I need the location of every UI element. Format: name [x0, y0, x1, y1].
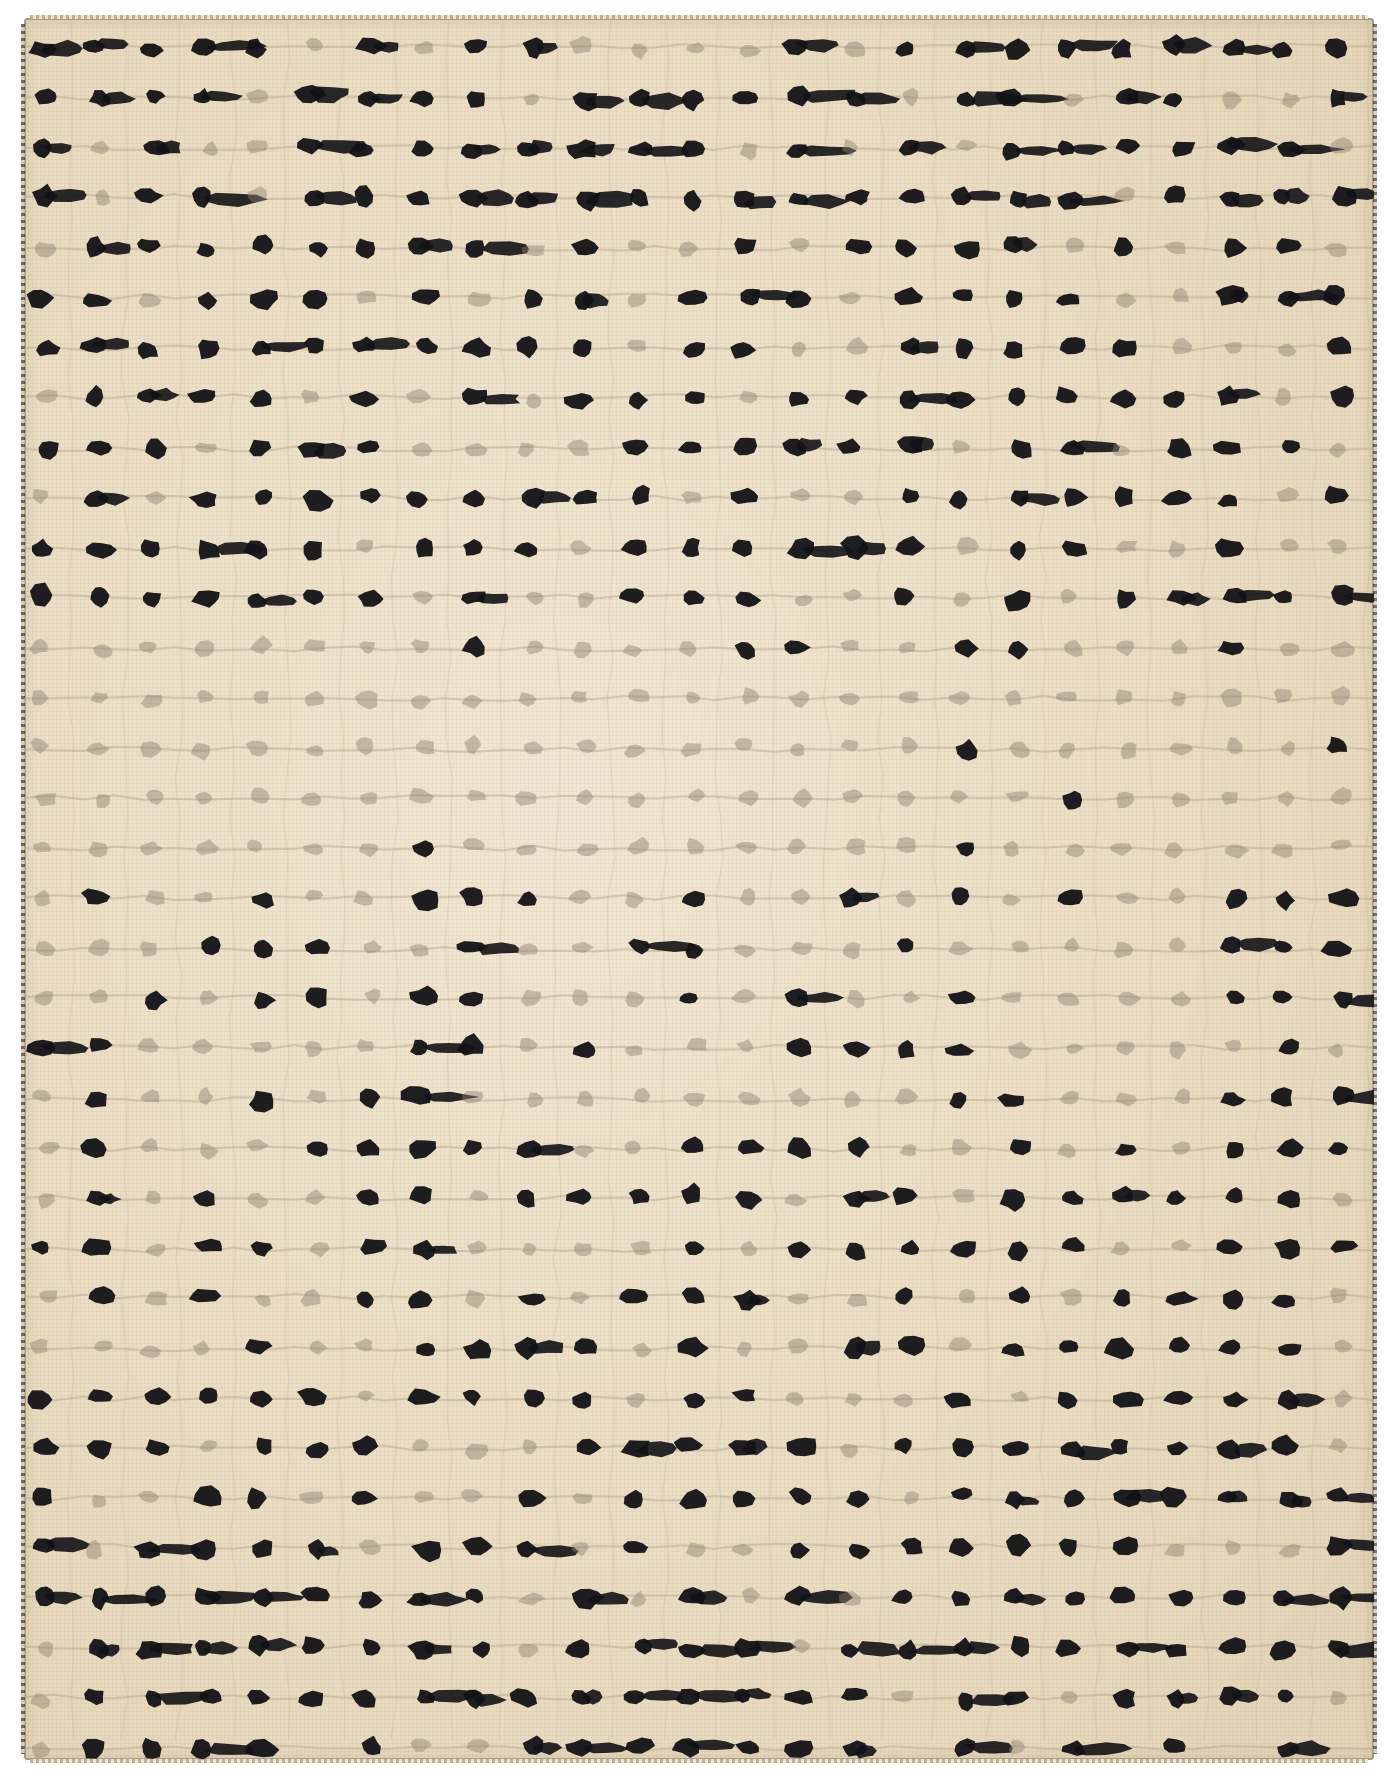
- dot-pattern: [24, 18, 1374, 1760]
- rug: [24, 18, 1374, 1760]
